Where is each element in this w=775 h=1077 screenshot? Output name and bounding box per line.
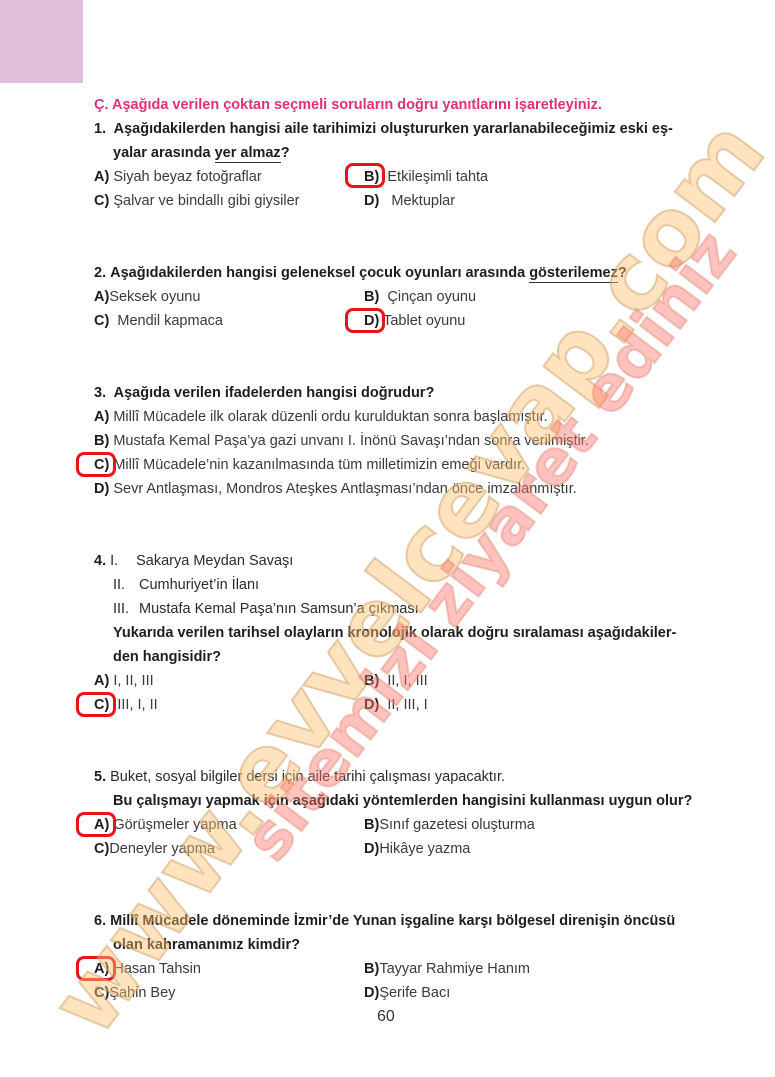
option-3b[interactable]: B) Mustafa Kemal Paşa’ya gazi unvanı I. … xyxy=(94,431,589,451)
option-1d[interactable]: D) Mektuplar xyxy=(364,191,455,211)
option-6c[interactable]: C)Şahin Bey xyxy=(94,983,175,1003)
option-5b[interactable]: B)Sınıf gazetesi oluşturma xyxy=(364,815,535,835)
option-4d[interactable]: D) II, III, I xyxy=(364,695,428,715)
question-6: 6. Millî Mücadele döneminde İzmir’de Yun… xyxy=(94,911,675,931)
option-5c[interactable]: C)Deneyler yapma xyxy=(94,839,215,859)
option-3c[interactable]: C) Millî Mücadele’nin kazanılmasında tüm… xyxy=(94,455,525,475)
option-4b[interactable]: B) II, I, III xyxy=(364,671,428,691)
option-3a[interactable]: A) Millî Mücadele ilk olarak düzenli ord… xyxy=(94,407,548,427)
option-2a[interactable]: A)Seksek oyunu xyxy=(94,287,200,307)
question-text: Aşağıdakilerden hangisi aile tarihimizi … xyxy=(114,121,673,137)
instruction-heading: Ç. Aşağıda verilen çoktan seçmeli sorula… xyxy=(94,95,602,115)
option-5d[interactable]: D)Hikâye yazma xyxy=(364,839,470,859)
option-4a[interactable]: A) I, II, III xyxy=(94,671,154,691)
answer-mark-2d xyxy=(345,308,385,333)
answer-mark-4c xyxy=(76,692,116,717)
question-4-prompt: Yukarıda verilen tarihsel olayların kron… xyxy=(113,623,676,643)
option-1a[interactable]: A) Siyah beyaz fotoğraflar xyxy=(94,167,262,187)
question-2: 2. Aşağıdakilerden hangisi geleneksel ço… xyxy=(94,263,627,283)
option-2b[interactable]: B) Çinçan oyunu xyxy=(364,287,476,307)
underlined-keyword: gösterilemez xyxy=(529,265,618,283)
answer-mark-1b xyxy=(345,163,385,188)
question-6-line2: olan kahramanımız kimdir? xyxy=(113,935,300,955)
option-6d[interactable]: D)Şerife Bacı xyxy=(364,983,450,1003)
question-4-item-2: II.Cumhuriyet’in İlanı xyxy=(113,575,259,595)
answer-mark-5a xyxy=(76,812,116,837)
question-1: 1. Aşağıdakilerden hangisi aile tarihimi… xyxy=(94,119,673,139)
question-5-prompt: Bu çalışmayı yapmak için aşağıdaki yönte… xyxy=(113,791,692,811)
question-1-line2: yalar arasında yer almaz? xyxy=(113,143,290,163)
underlined-keyword: yer almaz xyxy=(215,145,281,163)
option-2c[interactable]: C) Mendil kapmaca xyxy=(94,311,223,331)
question-4-prompt-2: den hangisidir? xyxy=(113,647,221,667)
question-number: 1. xyxy=(94,121,106,137)
page-number: 60 xyxy=(377,1008,395,1026)
answer-mark-6a xyxy=(76,956,116,981)
option-6b[interactable]: B)Tayyar Rahmiye Hanım xyxy=(364,959,530,979)
corner-color-block xyxy=(0,0,83,83)
question-5: 5. Buket, sosyal bilgiler dersi için ail… xyxy=(94,767,505,787)
answer-mark-3c xyxy=(76,452,116,477)
question-4-item-1: 4. I.Sakarya Meydan Savaşı xyxy=(94,551,293,571)
question-4-item-3: III.Mustafa Kemal Paşa’nın Samsun’a çıkm… xyxy=(113,599,419,619)
option-1c[interactable]: C) Şalvar ve bindallı gibi giysiler xyxy=(94,191,300,211)
question-3: 3. Aşağıda verilen ifadelerden hangisi d… xyxy=(94,383,434,403)
option-3d[interactable]: D) Sevr Antlaşması, Mondros Ateşkes Antl… xyxy=(94,479,577,499)
